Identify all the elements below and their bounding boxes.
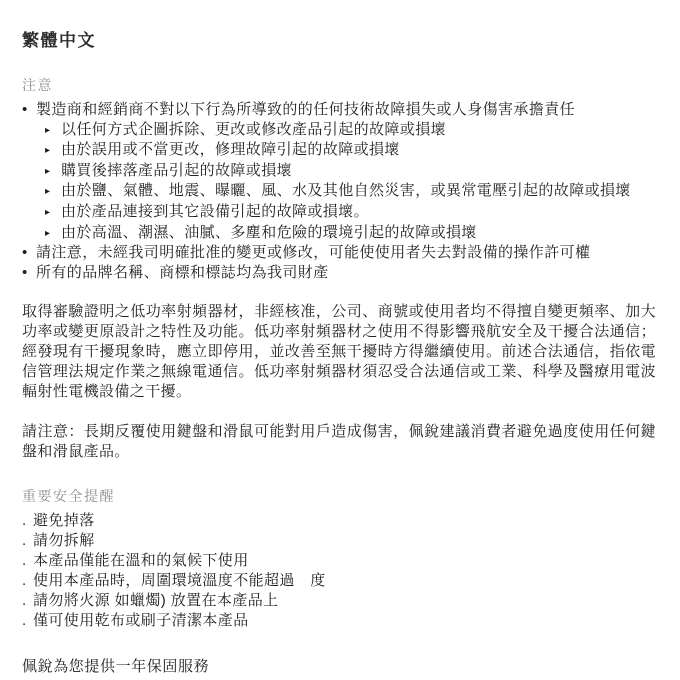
- list-item: . 請勿將火源 如蠟燭) 放置在本產品上: [22, 591, 654, 611]
- list-item: ▸ 購買後摔落產品引起的故障或損壞: [22, 161, 654, 182]
- list-item-text: 以任何方式企圖拆除、更改或修改產品引起的故障或損壞: [61, 120, 446, 140]
- dot-bullet-icon: .: [22, 591, 33, 611]
- page-title: 繁體中文: [22, 26, 654, 51]
- list-item-text: 避免掉落: [33, 511, 95, 531]
- dot-bullet-icon: .: [22, 611, 33, 631]
- list-item-text: 僅可使用乾布或刷子清潔本產品: [33, 611, 249, 631]
- bullet-icon: •: [22, 263, 36, 283]
- dot-bullet-icon: .: [22, 571, 33, 591]
- dot-bullet-icon: .: [22, 551, 33, 571]
- safety-heading: 重要安全提醒: [22, 486, 654, 506]
- list-item: ▸ 由於產品連接到其它設備引起的故障或損壞。: [22, 202, 654, 223]
- list-item-text: 由於產品連接到其它設備引起的故障或損壞。: [61, 202, 369, 222]
- list-item-text: 購買後摔落產品引起的故障或損壞: [61, 161, 292, 181]
- list-item-text: 請勿將火源 如蠟燭) 放置在本產品上: [33, 591, 279, 611]
- dot-bullet-icon: .: [22, 511, 33, 531]
- bullet-icon: •: [22, 100, 36, 120]
- notice-heading: 注意: [22, 75, 654, 95]
- list-item-text: 製造商和經銷商不對以下行為所導致的的任何技術故障損失或人身傷害承擔責任: [36, 100, 575, 120]
- list-item-text: 所有的品牌名稱、商標和標誌均為我司財產: [36, 263, 329, 283]
- triangle-bullet-icon: ▸: [45, 140, 61, 161]
- list-item: . 本產品僅能在溫和的氣候下使用: [22, 551, 654, 571]
- list-item: . 使用本產品時，周圍環境溫度不能超過 度: [22, 571, 654, 591]
- list-item: . 僅可使用乾布或刷子清潔本產品: [22, 611, 654, 631]
- list-item-text: 請勿拆解: [33, 531, 95, 551]
- triangle-bullet-icon: ▸: [45, 181, 61, 202]
- list-item: ▸ 以任何方式企圖拆除、更改或修改產品引起的故障或損壞: [22, 120, 654, 141]
- triangle-bullet-icon: ▸: [45, 223, 61, 244]
- list-item-text: 本產品僅能在溫和的氣候下使用: [33, 551, 249, 571]
- liability-list: • 製造商和經銷商不對以下行為所導致的的任何技術故障損失或人身傷害承擔責任 ▸ …: [22, 100, 654, 282]
- triangle-bullet-icon: ▸: [45, 161, 61, 182]
- list-item-text: 由於高溫、潮濕、油膩、多塵和危險的環境引起的故障或損壞: [61, 223, 477, 243]
- list-item: • 製造商和經銷商不對以下行為所導致的的任何技術故障損失或人身傷害承擔責任: [22, 100, 654, 120]
- safety-list: . 避免掉落 . 請勿拆解 . 本產品僅能在溫和的氣候下使用 . 使用本產品時，…: [22, 511, 654, 631]
- list-item: . 避免掉落: [22, 511, 654, 531]
- bullet-icon: •: [22, 243, 36, 263]
- list-item: ▸ 由於鹽、氣體、地震、曝曬、風、水及其他自然災害，或異常電壓引起的故障或損壞: [22, 181, 654, 202]
- ergonomic-paragraph: 請注意：長期反覆使用鍵盤和滑鼠可能對用戶造成傷害，佩銳建議消費者避免過度使用任何…: [22, 422, 656, 462]
- triangle-bullet-icon: ▸: [45, 120, 61, 141]
- list-item-text: 請注意，未經我司明確批准的變更或修改，可能使使用者失去對設備的操作許可權: [36, 243, 590, 263]
- dot-bullet-icon: .: [22, 531, 33, 551]
- regulatory-paragraph: 取得審驗證明之低功率射頻器材，非經核准，公司、商號或使用者均不得擅自變更頻率、加…: [22, 302, 656, 402]
- list-item: ▸ 由於高溫、潮濕、油膩、多塵和危險的環境引起的故障或損壞: [22, 223, 654, 244]
- list-item-text: 由於鹽、氣體、地震、曝曬、風、水及其他自然災害，或異常電壓引起的故障或損壞: [61, 181, 631, 201]
- list-item: • 請注意，未經我司明確批准的變更或修改，可能使使用者失去對設備的操作許可權: [22, 243, 654, 263]
- list-item-text: 使用本產品時，周圍環境溫度不能超過 度: [33, 571, 326, 591]
- triangle-bullet-icon: ▸: [45, 202, 61, 223]
- list-item-text: 由於誤用或不當更改，修理故障引起的故障或損壞: [61, 140, 400, 160]
- list-item: . 請勿拆解: [22, 531, 654, 551]
- list-item: • 所有的品牌名稱、商標和標誌均為我司財產: [22, 263, 654, 283]
- list-item: ▸ 由於誤用或不當更改，修理故障引起的故障或損壞: [22, 140, 654, 161]
- document-page: 繁體中文 注意 • 製造商和經銷商不對以下行為所導致的的任何技術故障損失或人身傷…: [0, 0, 680, 680]
- warranty-footer: 佩銳為您提供一年保固服務: [22, 655, 654, 676]
